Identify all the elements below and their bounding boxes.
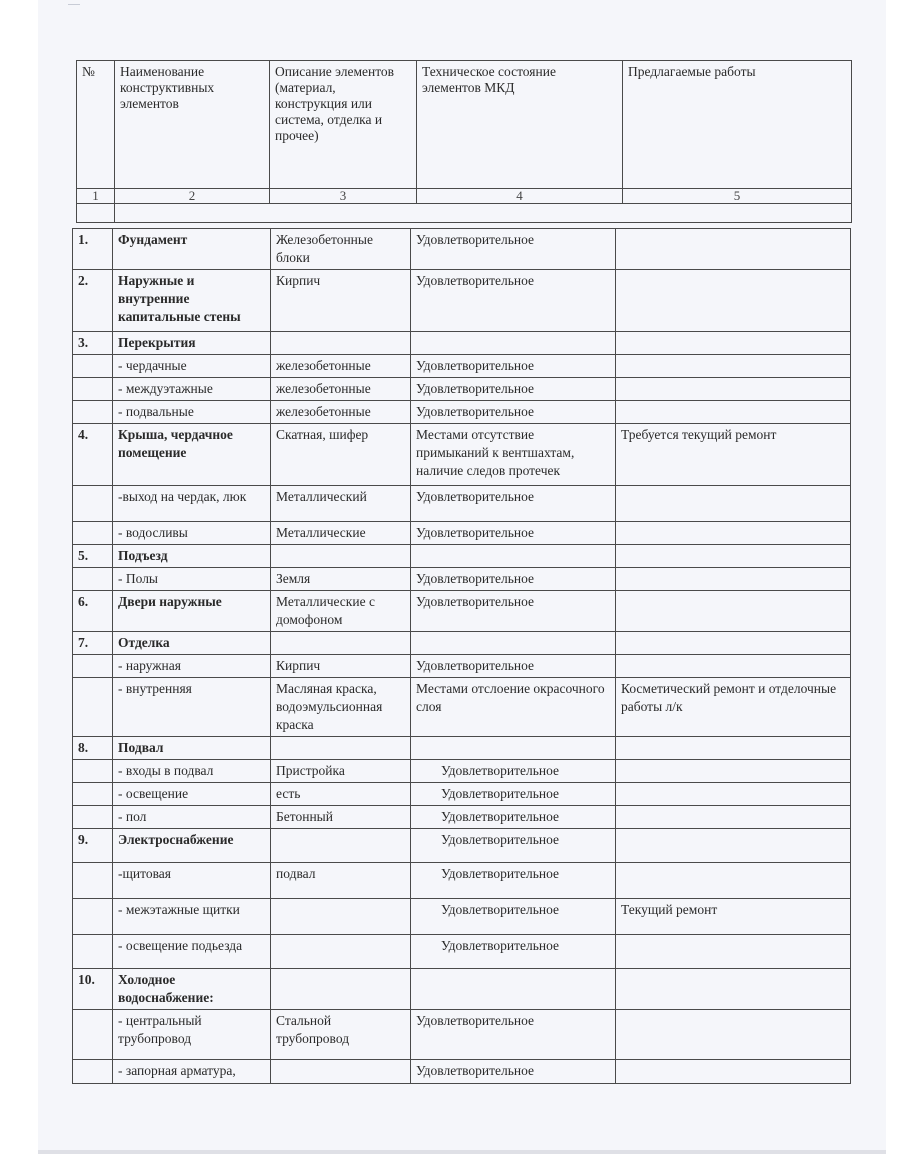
spacer-row xyxy=(77,204,852,223)
element-name: - наружная xyxy=(113,655,271,678)
element-name: Фундамент xyxy=(113,229,271,270)
element-description: Земля xyxy=(271,568,411,591)
table-row: - центральный трубопроводСтальной трубоп… xyxy=(73,1010,851,1060)
element-name: - чердачные xyxy=(113,355,271,378)
technical-state xyxy=(411,332,616,355)
table-row: 6.Двери наружныеМеталлические с домофоно… xyxy=(73,591,851,632)
element-description: Бетонный xyxy=(271,806,411,829)
element-description: Кирпич xyxy=(271,655,411,678)
technical-state: Удовлетворительное xyxy=(411,1060,616,1084)
element-name: Подвал xyxy=(113,737,271,760)
element-description xyxy=(271,545,411,568)
element-name: Наружные и внутренние капитальные стены xyxy=(113,270,271,332)
table-row: - ПолыЗемляУдовлетворительное xyxy=(73,568,851,591)
row-number xyxy=(73,355,113,378)
row-number: 5. xyxy=(73,545,113,568)
header-cell: Наименование конструктивных элементов xyxy=(115,61,270,189)
column-number: 3 xyxy=(270,189,417,204)
technical-state: Удовлетворительное xyxy=(411,591,616,632)
element-name: - входы в подвал xyxy=(113,760,271,783)
technical-state: Удовлетворительное xyxy=(411,229,616,270)
element-name: Холодное водоснабжение: xyxy=(113,969,271,1010)
element-name: - междуэтажные xyxy=(113,378,271,401)
row-number xyxy=(73,863,113,899)
row-number xyxy=(73,1010,113,1060)
proposed-works xyxy=(616,270,851,332)
technical-state: Удовлетворительное xyxy=(411,655,616,678)
proposed-works xyxy=(616,783,851,806)
proposed-works xyxy=(616,737,851,760)
table-row: - чердачныежелезобетонныеУдовлетворитель… xyxy=(73,355,851,378)
element-description xyxy=(271,829,411,863)
table-row: - наружнаяКирпичУдовлетворительное xyxy=(73,655,851,678)
table-row: 4.Крыша, чердачное помещениеСкатная, шиф… xyxy=(73,424,851,486)
row-number xyxy=(73,486,113,522)
column-number: 2 xyxy=(115,189,270,204)
element-name: Подъезд xyxy=(113,545,271,568)
technical-state xyxy=(411,545,616,568)
proposed-works xyxy=(616,969,851,1010)
element-description xyxy=(271,632,411,655)
element-description: Скатная, шифер xyxy=(271,424,411,486)
row-number: 3. xyxy=(73,332,113,355)
row-number: 2. xyxy=(73,270,113,332)
row-number: 10. xyxy=(73,969,113,1010)
technical-state: Местами отсутствие примыканий к вентшахт… xyxy=(411,424,616,486)
row-number xyxy=(73,522,113,545)
technical-state: Местами отслоение окрасочного слоя xyxy=(411,678,616,737)
table-row: 9.ЭлектроснабжениеУдовлетворительное xyxy=(73,829,851,863)
row-number: 1. xyxy=(73,229,113,270)
technical-state: Удовлетворительное xyxy=(411,806,616,829)
row-number: 7. xyxy=(73,632,113,655)
proposed-works xyxy=(616,355,851,378)
technical-state: Удовлетворительное xyxy=(411,1010,616,1060)
spacer-cell xyxy=(115,204,852,223)
column-number: 4 xyxy=(417,189,623,204)
proposed-works xyxy=(616,829,851,863)
scan-artifact xyxy=(68,4,80,11)
row-number xyxy=(73,678,113,737)
element-description xyxy=(271,737,411,760)
proposed-works xyxy=(616,935,851,969)
proposed-works xyxy=(616,332,851,355)
table-row: - междуэтажныежелезобетонныеУдовлетворит… xyxy=(73,378,851,401)
proposed-works xyxy=(616,632,851,655)
element-name: - Полы xyxy=(113,568,271,591)
element-description: железобетонные xyxy=(271,401,411,424)
row-number xyxy=(73,935,113,969)
element-name: - подвальные xyxy=(113,401,271,424)
element-name: Перекрытия xyxy=(113,332,271,355)
technical-state: Удовлетворительное xyxy=(411,378,616,401)
proposed-works xyxy=(616,863,851,899)
row-number xyxy=(73,806,113,829)
table-row: 3.Перекрытия xyxy=(73,332,851,355)
proposed-works xyxy=(616,229,851,270)
element-description: Железобетонные блоки xyxy=(271,229,411,270)
column-number-row: 1 2 3 4 5 xyxy=(77,189,852,204)
technical-state: Удовлетворительное xyxy=(411,760,616,783)
element-description: Масляная краска, водоэмульсионная краска xyxy=(271,678,411,737)
table-row: 10.Холодное водоснабжение: xyxy=(73,969,851,1010)
table-row: - полБетонныйУдовлетворительное xyxy=(73,806,851,829)
table-row: - внутренняяМасляная краска, водоэмульси… xyxy=(73,678,851,737)
technical-state: Удовлетворительное xyxy=(411,522,616,545)
header-cell: Описание элементов (материал, конструкци… xyxy=(270,61,417,189)
column-number: 1 xyxy=(77,189,115,204)
proposed-works: Текущий ремонт xyxy=(616,899,851,935)
element-name: Электроснабжение xyxy=(113,829,271,863)
element-description: Металлический xyxy=(271,486,411,522)
table-row: -выход на чердак, люкМеталлическийУдовле… xyxy=(73,486,851,522)
proposed-works xyxy=(616,568,851,591)
table-row: 5.Подъезд xyxy=(73,545,851,568)
element-name: - внутренняя xyxy=(113,678,271,737)
element-name: Крыша, чердачное помещение xyxy=(113,424,271,486)
element-name: - запорная арматура, xyxy=(113,1060,271,1084)
technical-state xyxy=(411,632,616,655)
technical-state: Удовлетворительное xyxy=(411,401,616,424)
spacer-cell xyxy=(77,204,115,223)
header-row: № Наименование конструктивных элементов … xyxy=(77,61,852,189)
element-description: железобетонные xyxy=(271,378,411,401)
proposed-works xyxy=(616,378,851,401)
element-description: подвал xyxy=(271,863,411,899)
proposed-works: Косметический ремонт и отделочные работы… xyxy=(616,678,851,737)
page-edge xyxy=(38,1150,886,1154)
row-number: 4. xyxy=(73,424,113,486)
header-cell: № xyxy=(77,61,115,189)
table-row: - запорная арматура,Удовлетворительное xyxy=(73,1060,851,1084)
element-description xyxy=(271,969,411,1010)
element-description xyxy=(271,332,411,355)
header-cell: Предлагаемые работы xyxy=(623,61,852,189)
element-name: Двери наружные xyxy=(113,591,271,632)
element-description xyxy=(271,1060,411,1084)
element-description xyxy=(271,935,411,969)
proposed-works xyxy=(616,655,851,678)
table-row: 7.Отделка xyxy=(73,632,851,655)
table-row: - освещение подьездаУдовлетворительное xyxy=(73,935,851,969)
row-number xyxy=(73,783,113,806)
table-row: 2.Наружные и внутренние капитальные стен… xyxy=(73,270,851,332)
table-row: - входы в подвалПристройкаУдовлетворител… xyxy=(73,760,851,783)
row-number xyxy=(73,1060,113,1084)
technical-state: Удовлетворительное xyxy=(411,899,616,935)
element-description: Металлические с домофоном xyxy=(271,591,411,632)
row-number xyxy=(73,655,113,678)
technical-state: Удовлетворительное xyxy=(411,568,616,591)
proposed-works: Требуется текущий ремонт xyxy=(616,424,851,486)
table-header: № Наименование конструктивных элементов … xyxy=(76,60,852,223)
element-name: -щитовая xyxy=(113,863,271,899)
technical-state: Удовлетворительное xyxy=(411,355,616,378)
row-number: 9. xyxy=(73,829,113,863)
header-cell: Техническое состояние элементов МКД xyxy=(417,61,623,189)
row-number xyxy=(73,568,113,591)
element-name: -выход на чердак, люк xyxy=(113,486,271,522)
element-description: Стальной трубопровод xyxy=(271,1010,411,1060)
element-description: есть xyxy=(271,783,411,806)
table-row: - освещениеестьУдовлетворительное xyxy=(73,783,851,806)
element-description: Металлические xyxy=(271,522,411,545)
technical-state xyxy=(411,737,616,760)
table-body: 1.ФундаментЖелезобетонные блокиУдовлетво… xyxy=(73,229,851,1084)
row-number: 6. xyxy=(73,591,113,632)
table-row: - водосливыМеталлическиеУдовлетворительн… xyxy=(73,522,851,545)
element-name: - водосливы xyxy=(113,522,271,545)
row-number xyxy=(73,760,113,783)
elements-table: 1.ФундаментЖелезобетонные блокиУдовлетво… xyxy=(72,228,851,1084)
proposed-works xyxy=(616,760,851,783)
row-number xyxy=(73,378,113,401)
row-number xyxy=(73,401,113,424)
proposed-works xyxy=(616,522,851,545)
technical-state: Удовлетворительное xyxy=(411,270,616,332)
row-number: 8. xyxy=(73,737,113,760)
proposed-works xyxy=(616,545,851,568)
table-row: -щитоваяподвалУдовлетворительное xyxy=(73,863,851,899)
element-name: - освещение xyxy=(113,783,271,806)
technical-state xyxy=(411,969,616,1010)
element-description xyxy=(271,899,411,935)
proposed-works xyxy=(616,806,851,829)
table-row: - подвальныежелезобетонныеУдовлетворител… xyxy=(73,401,851,424)
table-row: - межэтажные щиткиУдовлетворительноеТеку… xyxy=(73,899,851,935)
element-description: Кирпич xyxy=(271,270,411,332)
element-name: - межэтажные щитки xyxy=(113,899,271,935)
proposed-works xyxy=(616,486,851,522)
row-number xyxy=(73,899,113,935)
technical-state: Удовлетворительное xyxy=(411,935,616,969)
proposed-works xyxy=(616,591,851,632)
proposed-works xyxy=(616,1060,851,1084)
element-name: Отделка xyxy=(113,632,271,655)
element-description: Пристройка xyxy=(271,760,411,783)
technical-state: Удовлетворительное xyxy=(411,783,616,806)
proposed-works xyxy=(616,401,851,424)
technical-state: Удовлетворительное xyxy=(411,486,616,522)
table-row: 8.Подвал xyxy=(73,737,851,760)
technical-state: Удовлетворительное xyxy=(411,829,616,863)
proposed-works xyxy=(616,1010,851,1060)
element-name: - освещение подьезда xyxy=(113,935,271,969)
element-description: железобетонные xyxy=(271,355,411,378)
technical-state: Удовлетворительное xyxy=(411,863,616,899)
element-name: - центральный трубопровод xyxy=(113,1010,271,1060)
column-number: 5 xyxy=(623,189,852,204)
element-name: - пол xyxy=(113,806,271,829)
table-row: 1.ФундаментЖелезобетонные блокиУдовлетво… xyxy=(73,229,851,270)
